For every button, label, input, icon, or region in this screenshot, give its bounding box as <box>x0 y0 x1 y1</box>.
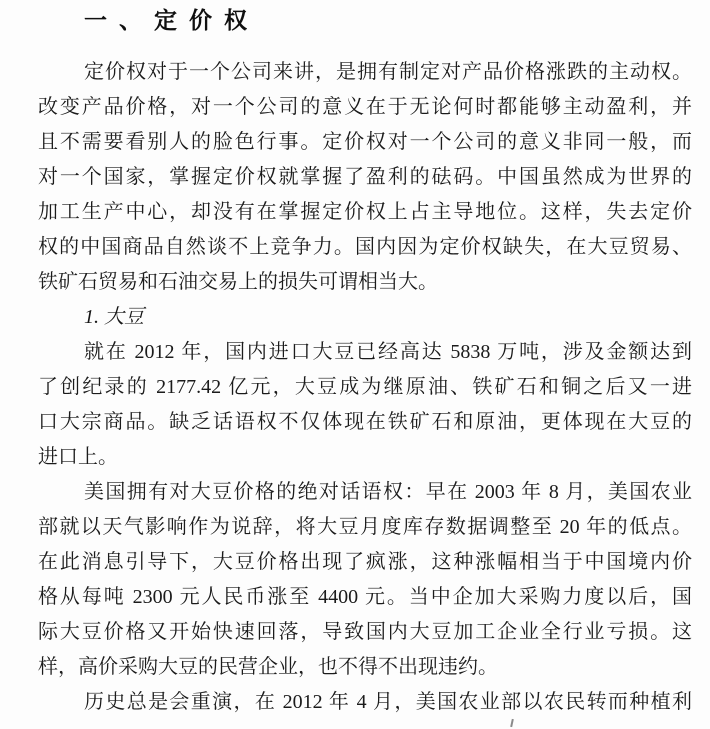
text-line: 口大宗商品。缺乏话语权不仅体现在铁矿石和原油，更体现在大豆的 <box>38 405 692 440</box>
text-line: 铁矿石贸易和石油交易上的损失可谓相当大。 <box>38 265 692 300</box>
text-line: 了创纪录的 2177.42 亿元，大豆成为继原油、铁矿石和铜之后又一进 <box>38 370 692 405</box>
text-lines: 定价权对于一个公司来讲，是拥有制定对产品价格涨跌的主动权。改变产品价格，对一个公… <box>38 55 692 720</box>
text-line: 历史总是会重演，在 2012 年 4 月，美国农业部以农民转而种植利 <box>38 685 692 720</box>
text-line: 就在 2012 年，国内进口大豆已经高达 5838 万吨，涉及金额达到 <box>38 335 692 370</box>
text-line: 权的中国商品自然谈不上竞争力。国内因为定价权缺失，在大豆贸易、 <box>38 230 692 265</box>
document-page: { "page": { "heading": "一、定价权", "subhead… <box>0 0 710 729</box>
text-line: 对一个国家，掌握定价权就掌握了盈利的砝码。中国虽然成为世界的 <box>38 160 692 195</box>
text-line: 部就以天气影响作为说辞，将大豆月度库存数据调整至 20 年的低点。 <box>38 510 692 545</box>
text-line: 改变产品价格，对一个公司的意义在于无论何时都能够主动盈利，并 <box>38 90 692 125</box>
text-line: 样，高价采购大豆的民营企业，也不得不出现违约。 <box>38 650 692 685</box>
text-line: 格从每吨 2300 元人民币涨至 4400 元。当中企加大采购力度以后，国 <box>38 580 692 615</box>
text-line: 际大豆价格又开始快速回落，导致国内大豆加工企业全行业亏损。这 <box>38 615 692 650</box>
section-heading: 一、定价权 <box>84 6 259 34</box>
text-line: 美国拥有对大豆价格的绝对话语权：早在 2003 年 8 月，美国农业 <box>38 475 692 510</box>
text-line: 进口上。 <box>38 440 692 475</box>
text-line: 加工生产中心，却没有在掌握定价权上占主导地位。这样，失去定价 <box>38 195 692 230</box>
text-line: 在此消息引导下，大豆价格出现了疯涨，这种涨幅相当于中国境内价 <box>38 545 692 580</box>
subsection-heading: 1. 大豆 <box>38 300 692 335</box>
text-line: 定价权对于一个公司来讲，是拥有制定对产品价格涨跌的主动权。 <box>38 55 692 90</box>
scan-artifact <box>510 719 514 727</box>
book-page: 一、定价权 定价权对于一个公司来讲，是拥有制定对产品价格涨跌的主动权。改变产品价… <box>0 0 710 729</box>
text-line: 且不需要看别人的脸色行事。定价权对一个公司的意义非同一般，而 <box>38 125 692 160</box>
